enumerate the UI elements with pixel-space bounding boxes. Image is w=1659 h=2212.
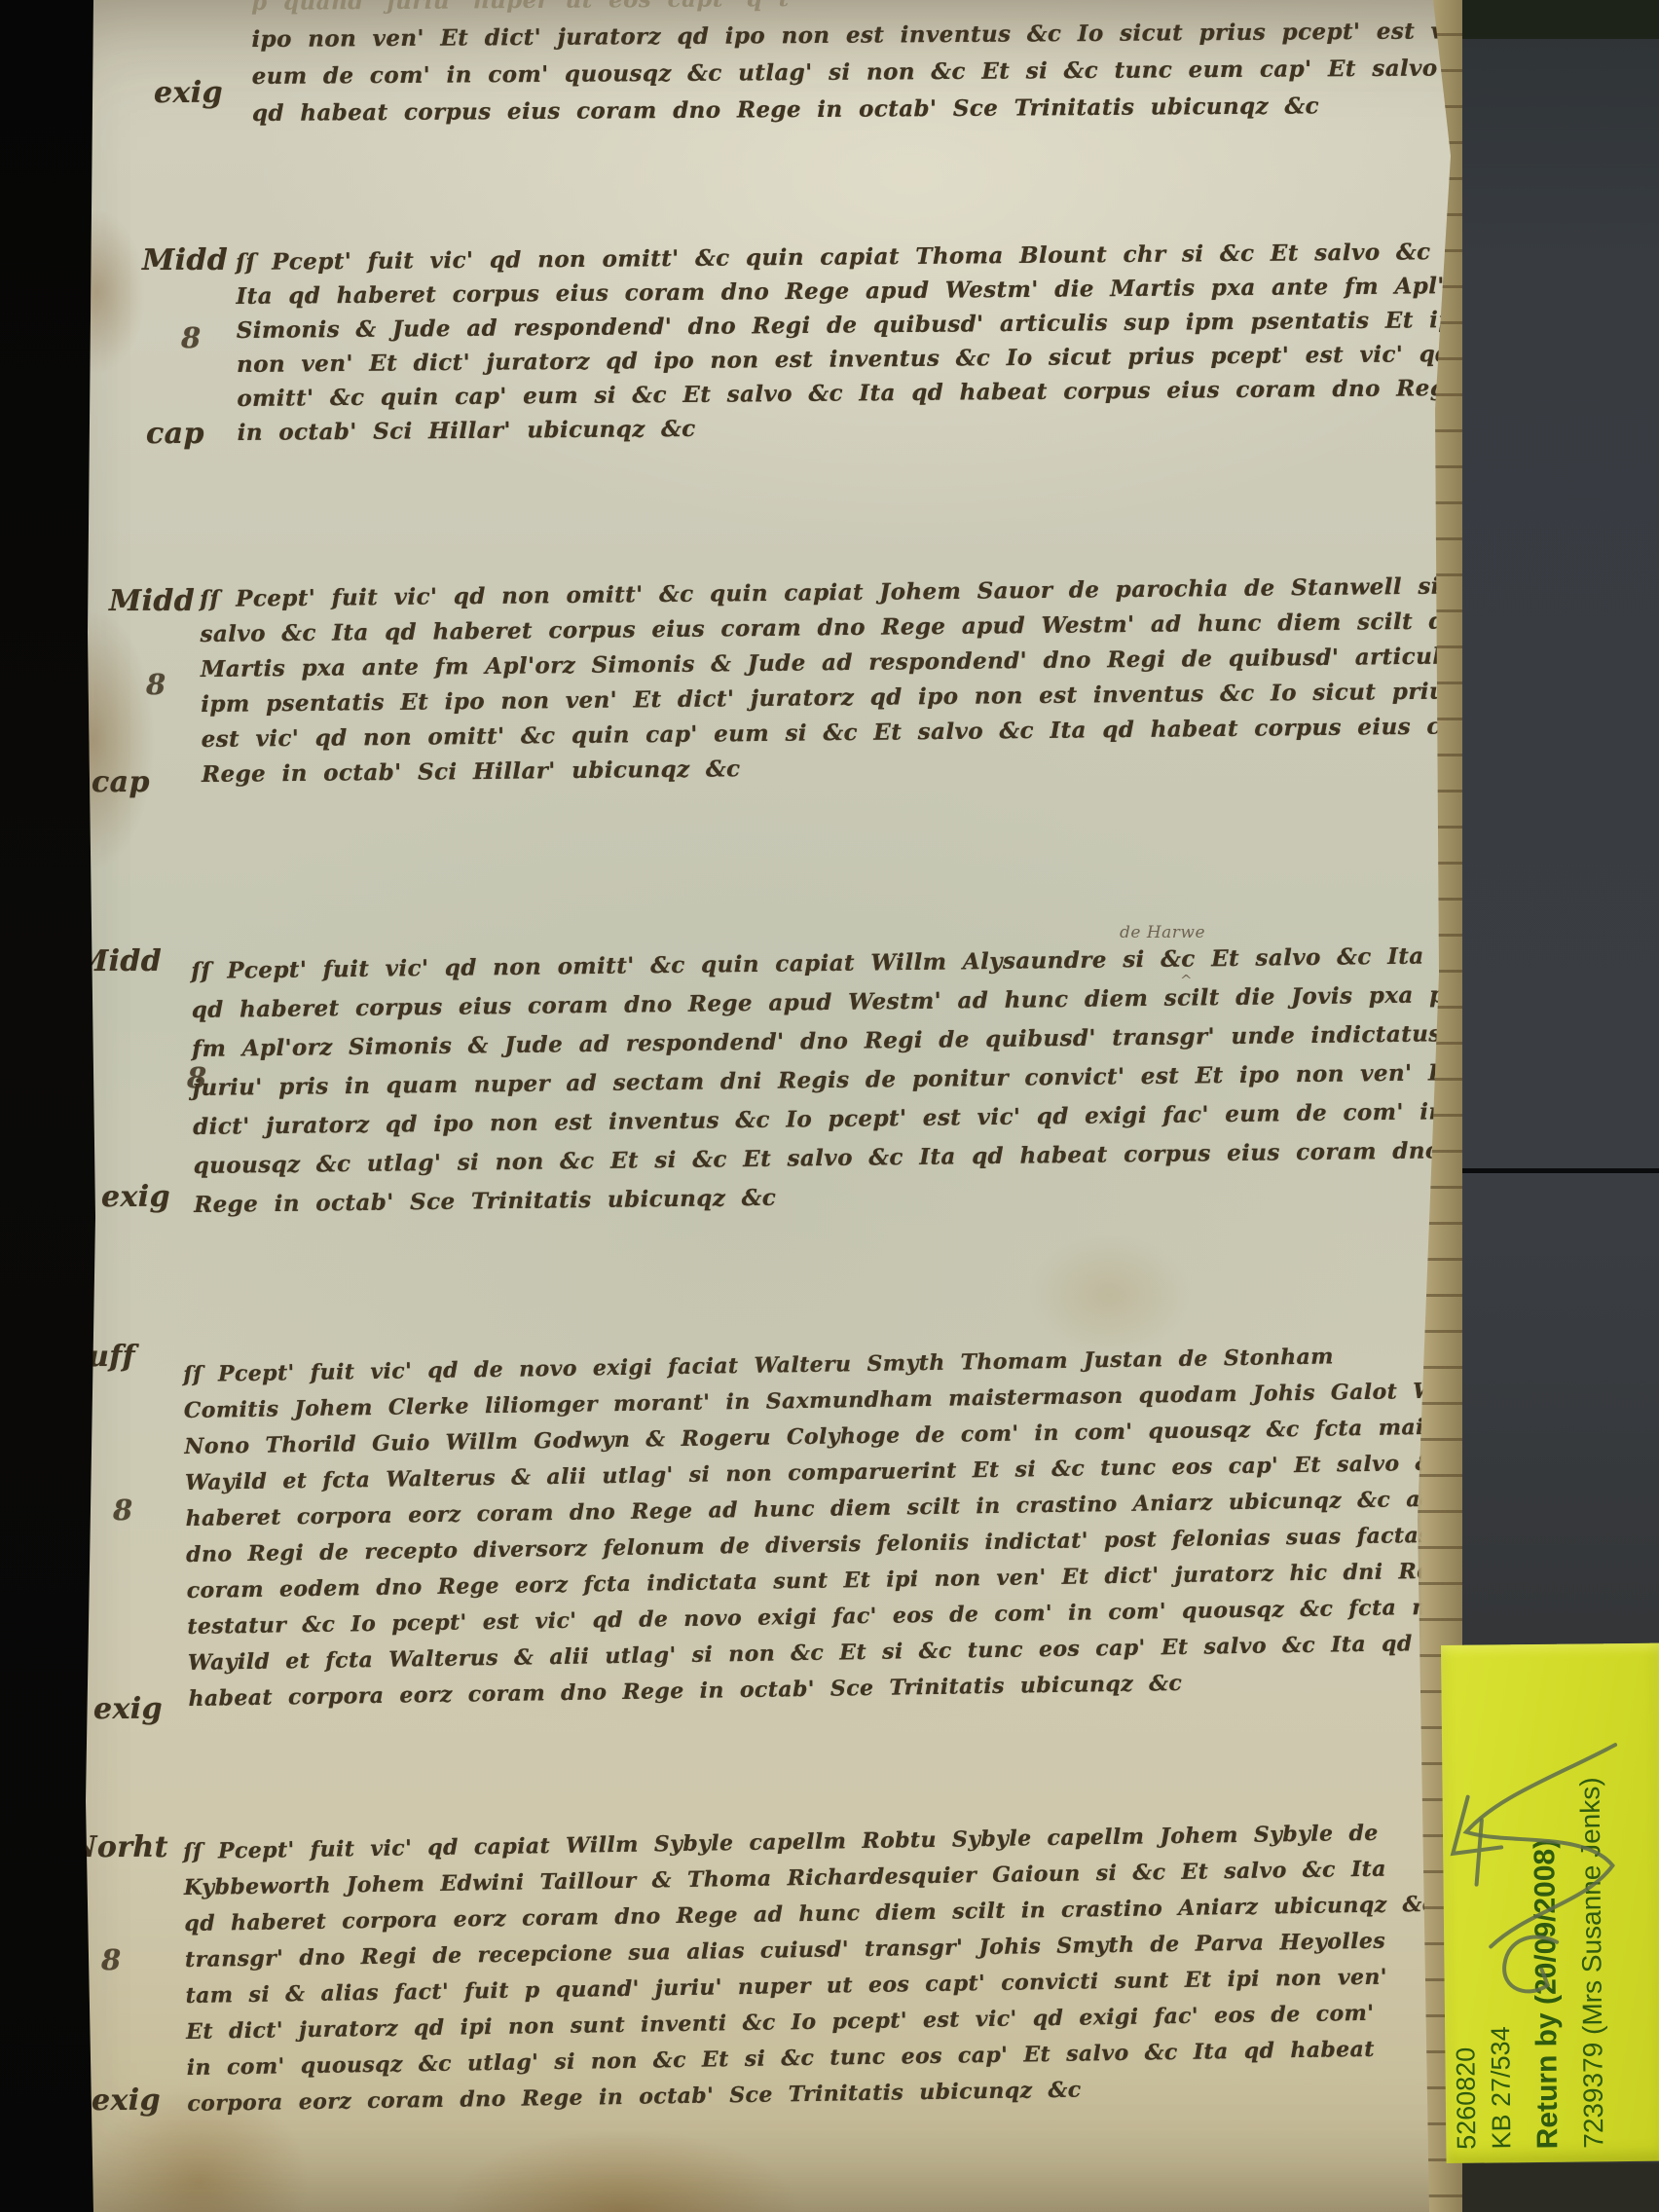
margin-exigent-sign: 8 (113, 1493, 133, 1527)
entry-block: ſſ Pcept' fuit vic' qd non omitt' &c qui… (200, 568, 1571, 793)
sticker-document-reference: KB 27/534 (1486, 2026, 1517, 2149)
entry-block: ſſ Pcept' fuit vic' qd capiat Willm Syby… (183, 1814, 1484, 2122)
archive-sticker: 5260820 KB 27/534 Return by (20/09/2008)… (1441, 1643, 1659, 2163)
margin-process-mark: cap (92, 765, 150, 799)
handwritten-mark (1438, 1737, 1636, 2031)
sticker-reference-number: 5260820 (1451, 2046, 1482, 2149)
parchment-page: exig Midd 8 cap Midd 8 cap Midd 8 exig S… (0, 0, 1659, 2212)
margin-process-mark: exig (101, 1180, 170, 1214)
margin-process-mark: cap (146, 417, 204, 451)
margin-exigent-sign: 8 (181, 321, 202, 354)
entry-block: ſſ Pcept' fuit vic' qd non omitt' &c qui… (191, 936, 1530, 1225)
margin-county: Midd (109, 584, 195, 618)
table-seam-line (1453, 1168, 1659, 1173)
entry-block: ſſ Pcept' fuit vic' qd de novo exigi fac… (183, 1335, 1616, 1717)
background-left-shadow (0, 0, 97, 2212)
handwritten-s-swoosh-icon (1438, 1737, 1636, 2031)
margin-process-mark: exig (154, 76, 223, 110)
margin-exigent-sign: 8 (146, 668, 166, 701)
photograph-of-manuscript: exig Midd 8 cap Midd 8 cap Midd 8 exig S… (0, 0, 1659, 2212)
margin-process-mark: exig (93, 1692, 163, 1726)
entry-block: ſſ Pcept' fuit vic' qd non omitt' &c qui… (236, 235, 1517, 450)
margin-process-mark: exig (92, 2083, 161, 2118)
margin-exigent-sign: 8 (101, 1943, 122, 1976)
margin-county: Midd (142, 243, 228, 277)
